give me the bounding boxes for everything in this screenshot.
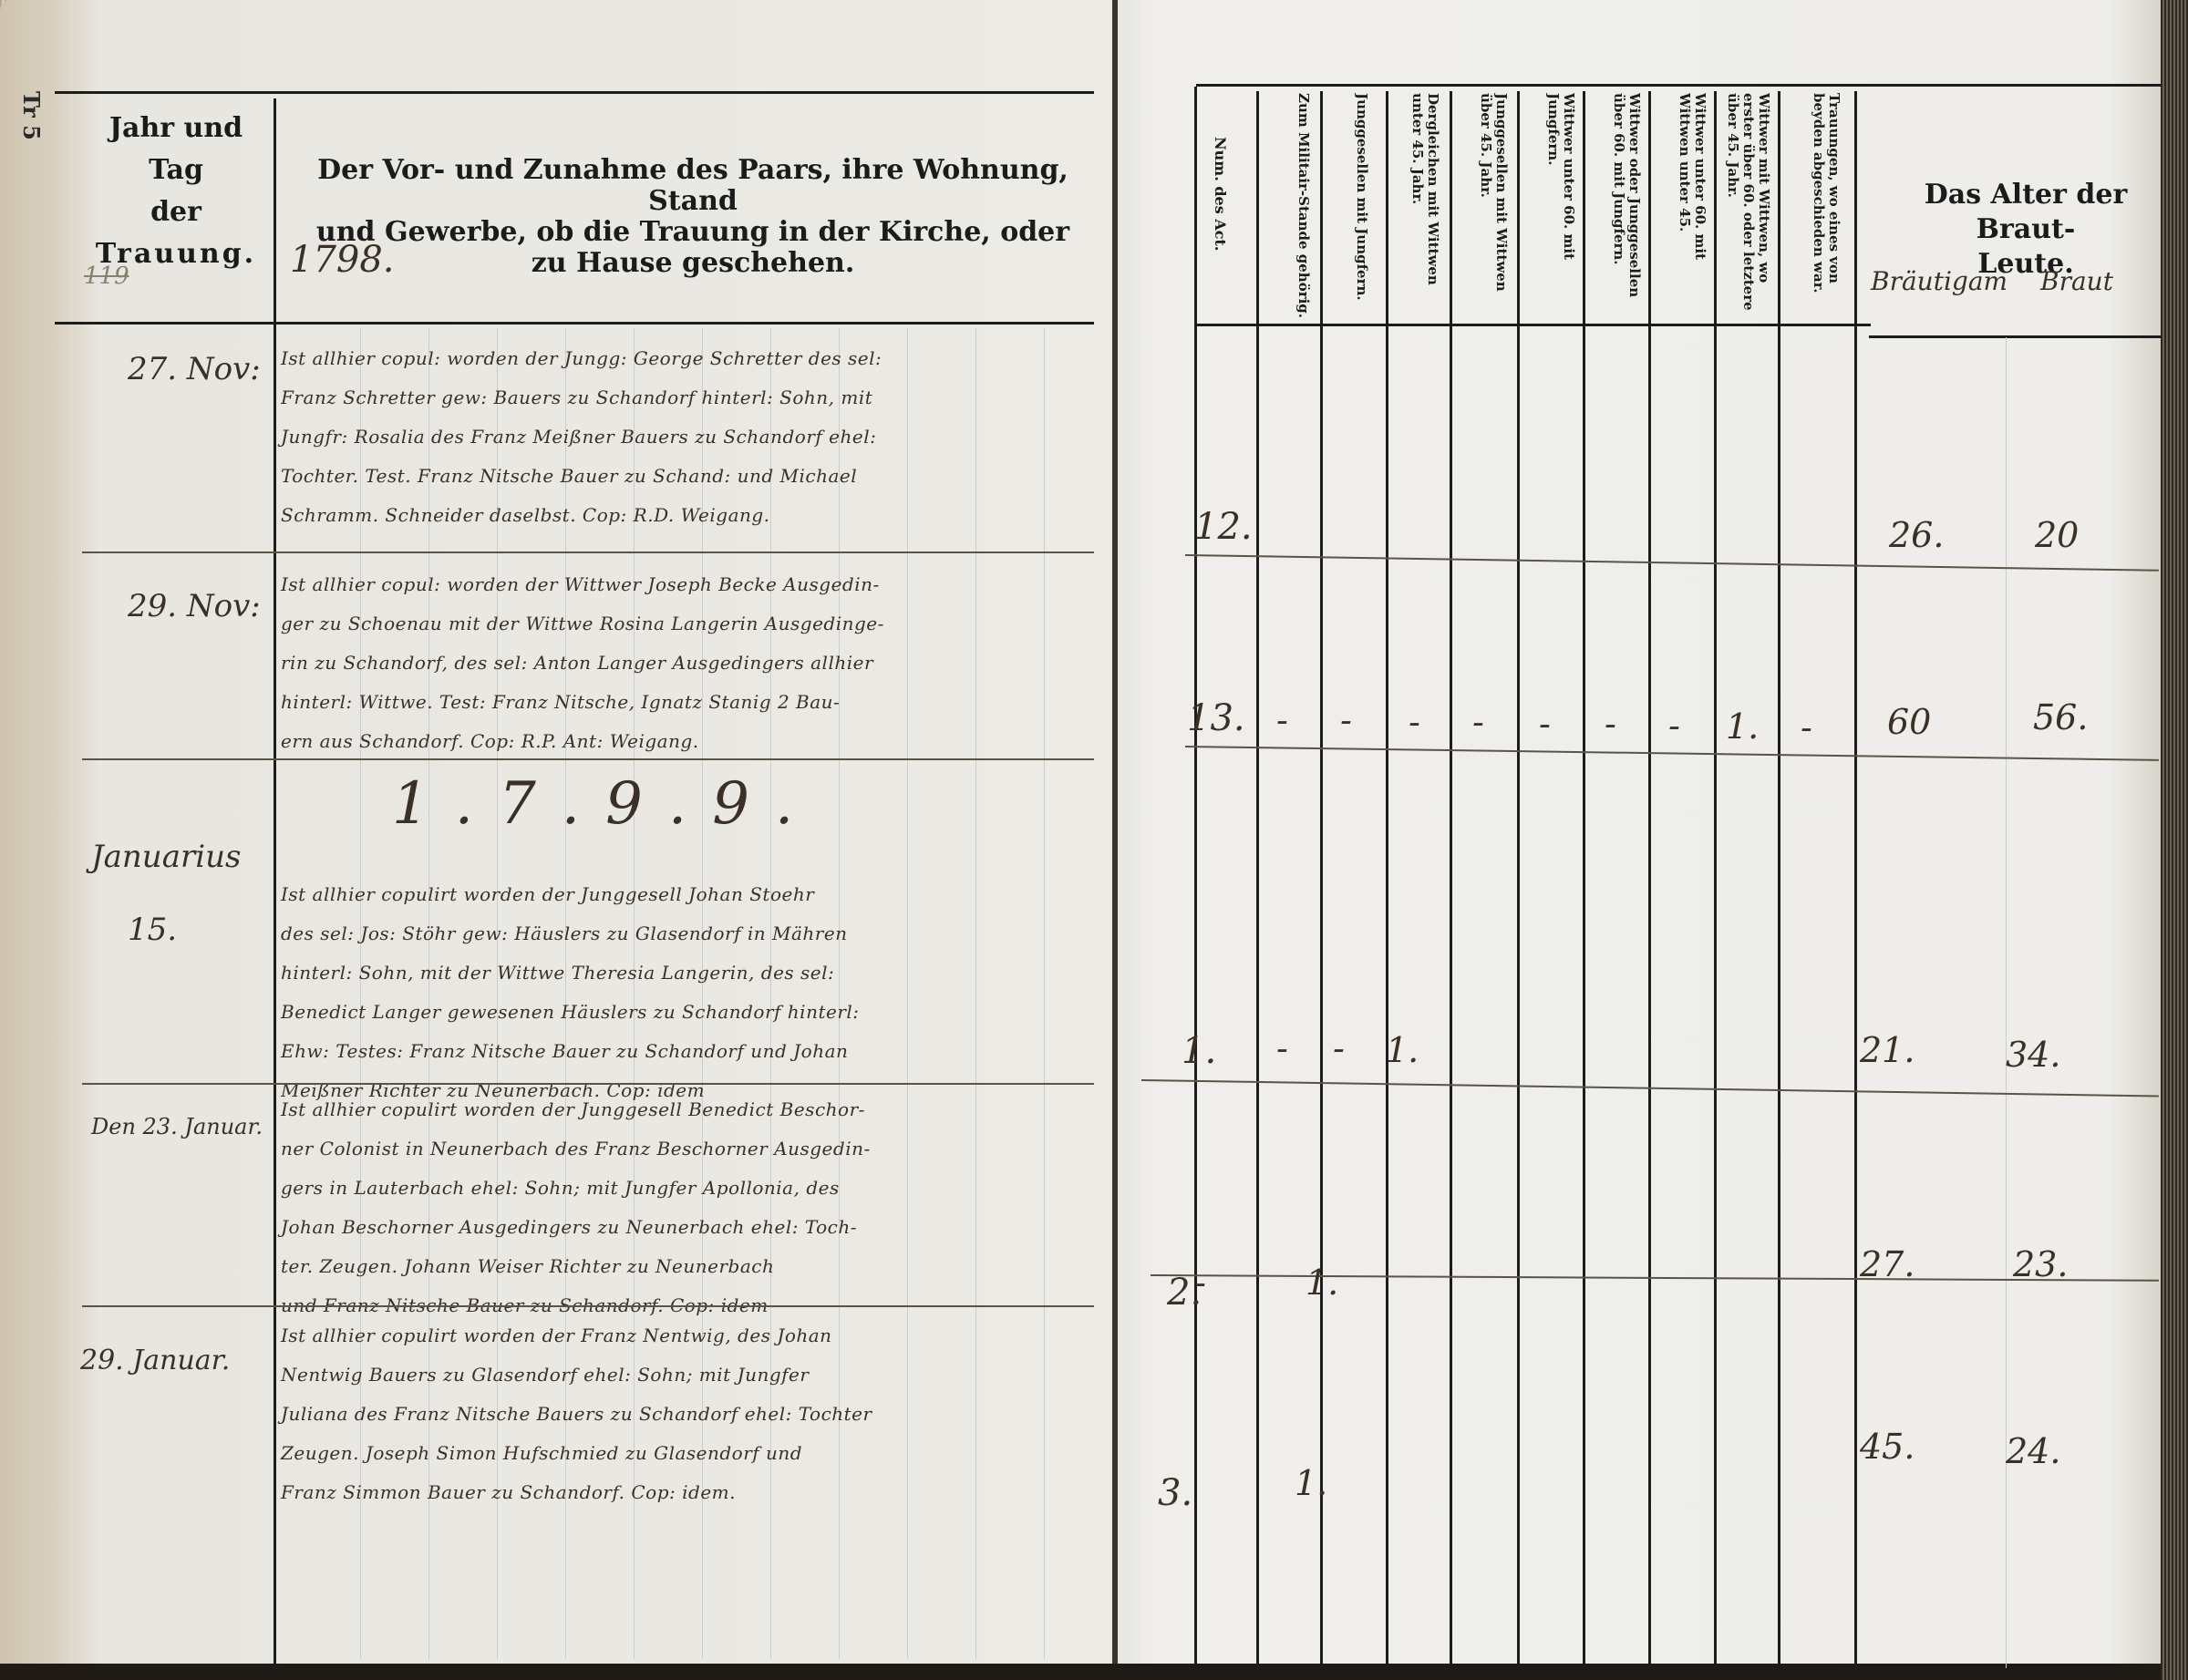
entry-date: 27. Nov: [128, 351, 261, 387]
date-column-divider [273, 98, 276, 1675]
col-header-widowers-widows-over: Wittwer mit Wittwen, wo erster über 60. … [1721, 93, 1771, 321]
entry-line: Nentwig Bauers zu Glasendorf ehel: Sohn;… [281, 1355, 1092, 1395]
folio-number-struck: 119 [84, 263, 129, 290]
mark-cell: - [1472, 702, 1484, 742]
column-rule [1320, 91, 1323, 1668]
column-rule [1194, 87, 1197, 1668]
bride-age: 20 [2035, 515, 2079, 555]
header-desc-line: und Gewerbe, ob die Trauung in der Kirch… [292, 217, 1094, 248]
entry-line: Schramm. Schneider daselbst. Cop: R.D. W… [281, 496, 1092, 535]
mark-cell: - [1333, 1028, 1345, 1068]
act-number: 3. [1158, 1472, 1192, 1514]
mark-cell: - [1668, 706, 1680, 746]
entry-line: des sel: Jos: Stöhr gew: Häuslers zu Gla… [281, 914, 1092, 953]
entry-line: Ist allhier copul: worden der Wittwer Jo… [281, 565, 1092, 604]
col-header-divorced: Trauungen, wo eines von beyden abgeschie… [1787, 93, 1842, 321]
header-desc-line: Der Vor- und Zunahme des Paars, ihre Woh… [292, 155, 1094, 217]
mark-cell: - [1539, 704, 1551, 744]
right-header-top-rule [1196, 84, 2162, 87]
entry-line: hinterl: Sohn, mit der Wittwe Theresia L… [281, 953, 1092, 993]
entry-line: Jungfr: Rosalia des Franz Meißner Bauers… [281, 417, 1092, 457]
bride-age: 23. [2013, 1244, 2068, 1284]
year-1799: 1.7.9.9. [392, 770, 819, 838]
header-description-column: Der Vor- und Zunahme des Paars, ihre Woh… [292, 155, 1094, 279]
header-bottom-rule [55, 322, 1094, 325]
entry-date: 29. Januar. [80, 1345, 230, 1376]
col-header-same-widows-under45: Dergleichen mit Wittwen unter 45. Jahr. [1395, 93, 1440, 321]
column-rule [1714, 91, 1717, 1668]
entry-text: Ist allhier copul: worden der Wittwer Jo… [281, 565, 1092, 761]
entry-date: Den 23. Januar. [91, 1114, 263, 1139]
entry-separator [82, 1083, 1094, 1085]
bride-age: 56. [2033, 697, 2088, 737]
groom-age: 27. [1860, 1244, 1914, 1284]
entry-day: 15. [91, 893, 241, 966]
entry-line: Franz Schretter gew: Bauers zu Schandorf… [281, 378, 1092, 417]
mark-cell: 1. [1726, 706, 1759, 747]
left-page: Tr 5 Jahr und Tag der Trauung. Der Vor- … [0, 0, 1114, 1664]
mark-cell: 1. [1306, 1263, 1338, 1303]
col-header-bachelors-widows-over45: Junggesellen mit Wittwen über 45. Jahr. [1459, 93, 1509, 321]
year-1798: 1798. [290, 239, 395, 281]
act-number: 1. [1182, 1030, 1216, 1072]
age-subheader-bride: Braut [2040, 266, 2113, 296]
header-date-line: der [80, 191, 272, 233]
entry-date: Januarius 15. [91, 820, 241, 966]
column-rule [1648, 91, 1651, 1668]
mark-cell: - [1605, 704, 1616, 744]
entry-line: Franz Simmon Bauer zu Schandorf. Cop: id… [281, 1473, 1092, 1512]
entry-line: ter. Zeugen. Johann Weiser Richter zu Ne… [281, 1247, 1092, 1286]
col-header-widowers-over60-maidens: Wittwer oder Junggesellen über 60. mit J… [1592, 93, 1642, 321]
groom-age: 60 [1887, 702, 1931, 742]
column-rule [1450, 91, 1452, 1668]
column-rule [1778, 91, 1780, 1668]
entry-text: Ist allhier copulirt worden der Franz Ne… [281, 1316, 1092, 1512]
age-header-line: Das Alter der Braut- [1871, 178, 2181, 247]
act-number: 12. [1194, 506, 1253, 548]
header-top-rule [55, 91, 1094, 94]
mark-cell: - [1194, 1263, 1206, 1303]
age-subheader-groom: Bräutigam [1871, 266, 2007, 296]
entry-separator [82, 1305, 1094, 1307]
column-rule [1854, 91, 1857, 1668]
act-number: 13. [1187, 697, 1245, 739]
col-header-num-act: Num. des Act. [1213, 137, 1228, 319]
mark-cell: 1. [1295, 1463, 1327, 1503]
entry-line: rin zu Schandorf, des sel: Anton Langer … [281, 644, 1092, 683]
open-book-scan: Tr 5 Jahr und Tag der Trauung. Der Vor- … [0, 0, 2188, 1680]
entry-line: Ehw: Testes: Franz Nitsche Bauer zu Scha… [281, 1032, 1092, 1071]
bride-age: 34. [2006, 1035, 2060, 1075]
column-rule [1256, 91, 1259, 1668]
entry-line: Juliana des Franz Nitsche Bauers zu Scha… [281, 1395, 1092, 1434]
entry-date: 29. Nov: [128, 588, 261, 624]
mark-cell: - [1276, 1028, 1288, 1068]
entry-separator [82, 758, 1094, 760]
entry-line: Johan Beschorner Ausgedingers zu Neunerb… [281, 1208, 1092, 1247]
entry-text: Ist allhier copulirt worden der Junggese… [281, 1090, 1092, 1325]
bride-age: 24. [2006, 1431, 2060, 1471]
entry-line: Benedict Langer gewesenen Häuslers zu Sc… [281, 993, 1092, 1032]
entry-line: Ist allhier copul: worden der Jungg: Geo… [281, 339, 1092, 378]
entry-line: ern aus Schandorf. Cop: R.P. Ant: Weigan… [281, 722, 1092, 761]
col-header-bachelors-maidens: Junggesellen mit Jungfern. [1333, 93, 1369, 321]
margin-mark: Tr 5 [18, 91, 45, 140]
header-date-column: Jahr und Tag der Trauung. [80, 108, 272, 275]
col-header-military: Zum Militair-Stande gehörig. [1265, 93, 1311, 321]
column-rule [1517, 91, 1520, 1668]
entry-separator [82, 551, 1094, 553]
header-desc-line: zu Hause geschehen. [292, 248, 1094, 279]
entry-text: Ist allhier copul: worden der Jungg: Geo… [281, 339, 1092, 535]
groom-age: 21. [1860, 1030, 1914, 1070]
entry-line: gers in Lauterbach ehel: Sohn; mit Jungf… [281, 1169, 1092, 1208]
entry-line: ner Colonist in Neunerbach des Franz Bes… [281, 1129, 1092, 1169]
mark-cell: - [1801, 707, 1812, 747]
mark-cell: - [1276, 700, 1288, 740]
entry-line: hinterl: Wittwe. Test: Franz Nitsche, Ig… [281, 683, 1092, 722]
header-date-line: Jahr und Tag [80, 108, 272, 191]
right-header-bottom-rule [1196, 324, 1871, 326]
entry-line: Tochter. Test. Franz Nitsche Bauer zu Sc… [281, 457, 1092, 496]
column-rule [1386, 91, 1388, 1668]
entry-month: Januarius [91, 820, 241, 893]
mark-cell: - [1340, 700, 1352, 740]
groom-age: 45. [1860, 1427, 1914, 1467]
entry-line: ger zu Schoenau mit der Wittwe Rosina La… [281, 604, 1092, 644]
col-header-widowers-under60-widows-under45: Wittwer unter 60. mit Wittwen unter 45. [1657, 93, 1708, 321]
entry-line: Zeugen. Joseph Simon Hufschmied zu Glase… [281, 1434, 1092, 1473]
groom-age: 26. [1889, 515, 1944, 555]
entry-line: Ist allhier copulirt worden der Franz Ne… [281, 1316, 1092, 1355]
column-rule [1583, 91, 1585, 1668]
age-header-bottom-rule [1869, 335, 2162, 338]
mark-cell: - [1409, 702, 1420, 742]
mark-cell: 1. [1386, 1030, 1419, 1070]
entry-text: Ist allhier copulirt worden der Junggese… [281, 875, 1092, 1110]
entry-line: Ist allhier copulirt worden der Junggese… [281, 875, 1092, 914]
col-header-widowers-under60-maidens: Wittwer unter 60. mit Jungfern. [1526, 93, 1576, 321]
entry-line: Ist allhier copulirt worden der Junggese… [281, 1090, 1092, 1129]
page-stack-edge-right [2161, 0, 2188, 1680]
